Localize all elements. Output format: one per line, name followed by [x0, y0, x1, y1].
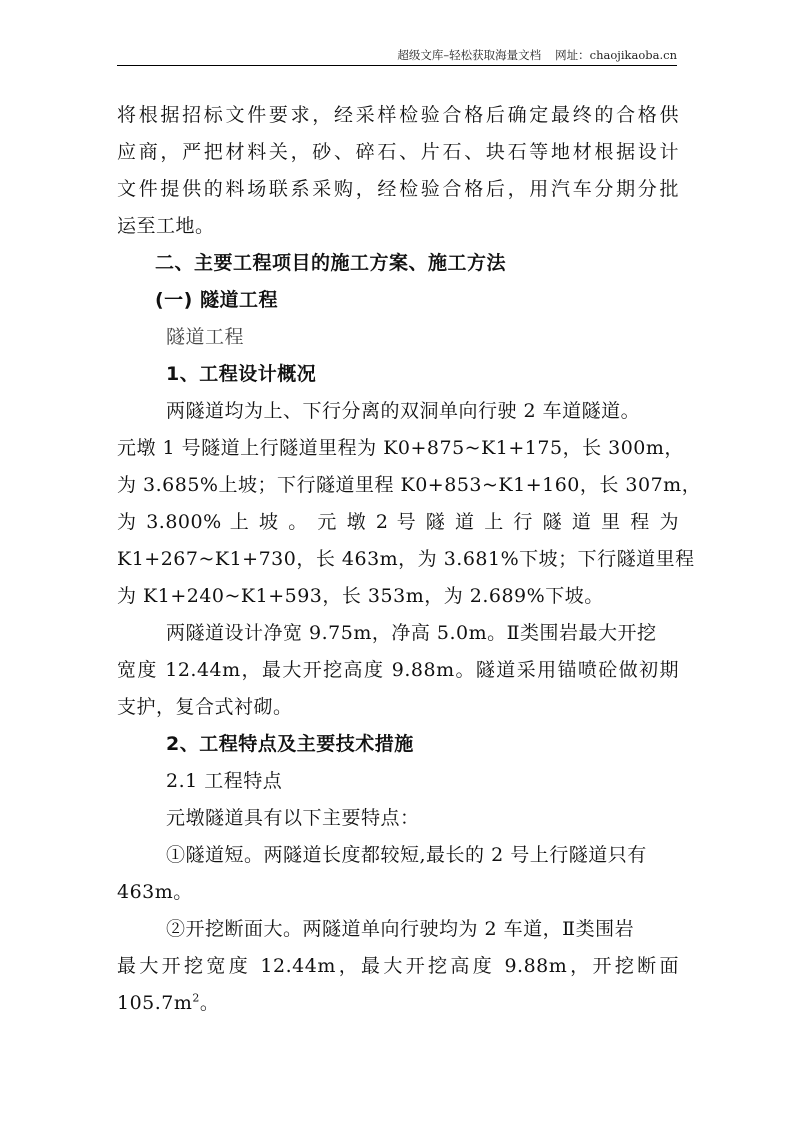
feature-point-line: 463m。 [117, 874, 679, 911]
area-value: 105.7m [117, 992, 192, 1014]
heading-features-measures: 2、工程特点及主要技术措施 [117, 726, 679, 763]
header-site-name: 超级文库–轻松获取海量文档 [397, 48, 541, 62]
paragraph-line: 支护，复合式衬砌。 [117, 689, 679, 726]
heading-features: 2.1 工程特点 [117, 763, 679, 800]
area-superscript: 2 [192, 992, 200, 1005]
paragraph-line: 为 3.685%上坡；下行隧道里程 K0+853~K1+160，长 307m， [117, 467, 679, 504]
features-intro: 元墩隧道具有以下主要特点： [117, 800, 679, 837]
subsection-heading: (一) 隧道工程 [117, 282, 679, 319]
paragraph-line: 两隧道设计净宽 9.75m，净高 5.0m。Ⅱ类围岩最大开挖 [117, 615, 679, 652]
feature-point-line: 最大开挖宽度 12.44m，最大开挖高度 9.88m，开挖断面 [117, 948, 679, 985]
paragraph-line: 为 K1+240~K1+593，长 353m，为 2.689%下坡。 [117, 578, 679, 615]
paragraph-line: 文件提供的料场联系采购，经检验合格后，用汽车分期分批 [117, 171, 679, 208]
paragraph-line: 运至工地。 [117, 208, 679, 245]
feature-point-line: 105.7m2。 [117, 985, 679, 1022]
document-body: 将根据招标文件要求，经采样检验合格后确定最终的合格供 应商，严把材料关，砂、碎石… [117, 97, 679, 1022]
period: 。 [200, 992, 220, 1014]
paragraph-line: 元墩 1 号隧道上行隧道里程为 K0+875~K1+175，长 300m， [117, 430, 679, 467]
subsection-label: 隧道工程 [117, 319, 679, 356]
page-header: 超级文库–轻松获取海量文档网址：chaojikaoba.cn [117, 46, 677, 66]
paragraph-line: K1+267~K1+730，长 463m，为 3.681%下坡；下行隧道里程 [117, 541, 679, 578]
paragraph-line: 两隧道均为上、下行分离的双洞单向行驶 2 车道隧道。 [117, 393, 679, 430]
heading-design-overview: 1、工程设计概况 [117, 356, 679, 393]
header-url: 网址：chaojikaoba.cn [555, 48, 677, 62]
feature-point-line: ①隧道短。两隧道长度都较短,最长的 2 号上行隧道只有 [117, 837, 679, 874]
header-text: 超级文库–轻松获取海量文档网址：chaojikaoba.cn [397, 47, 677, 63]
section-heading: 二、主要工程项目的施工方案、施工方法 [117, 245, 679, 282]
feature-point-line: ②开挖断面大。两隧道单向行驶均为 2 车道，Ⅱ类围岩 [117, 911, 679, 948]
paragraph-line: 宽度 12.44m，最大开挖高度 9.88m。隧道采用锚喷砼做初期 [117, 652, 679, 689]
paragraph-line: 应商，严把材料关，砂、碎石、片石、块石等地材根据设计 [117, 134, 679, 171]
paragraph-line: 为 3.800% 上 坡 。 元 墩 2 号 隧 道 上 行 隧 道 里 程 为 [117, 504, 679, 541]
paragraph-line: 将根据招标文件要求，经采样检验合格后确定最终的合格供 [117, 97, 679, 134]
